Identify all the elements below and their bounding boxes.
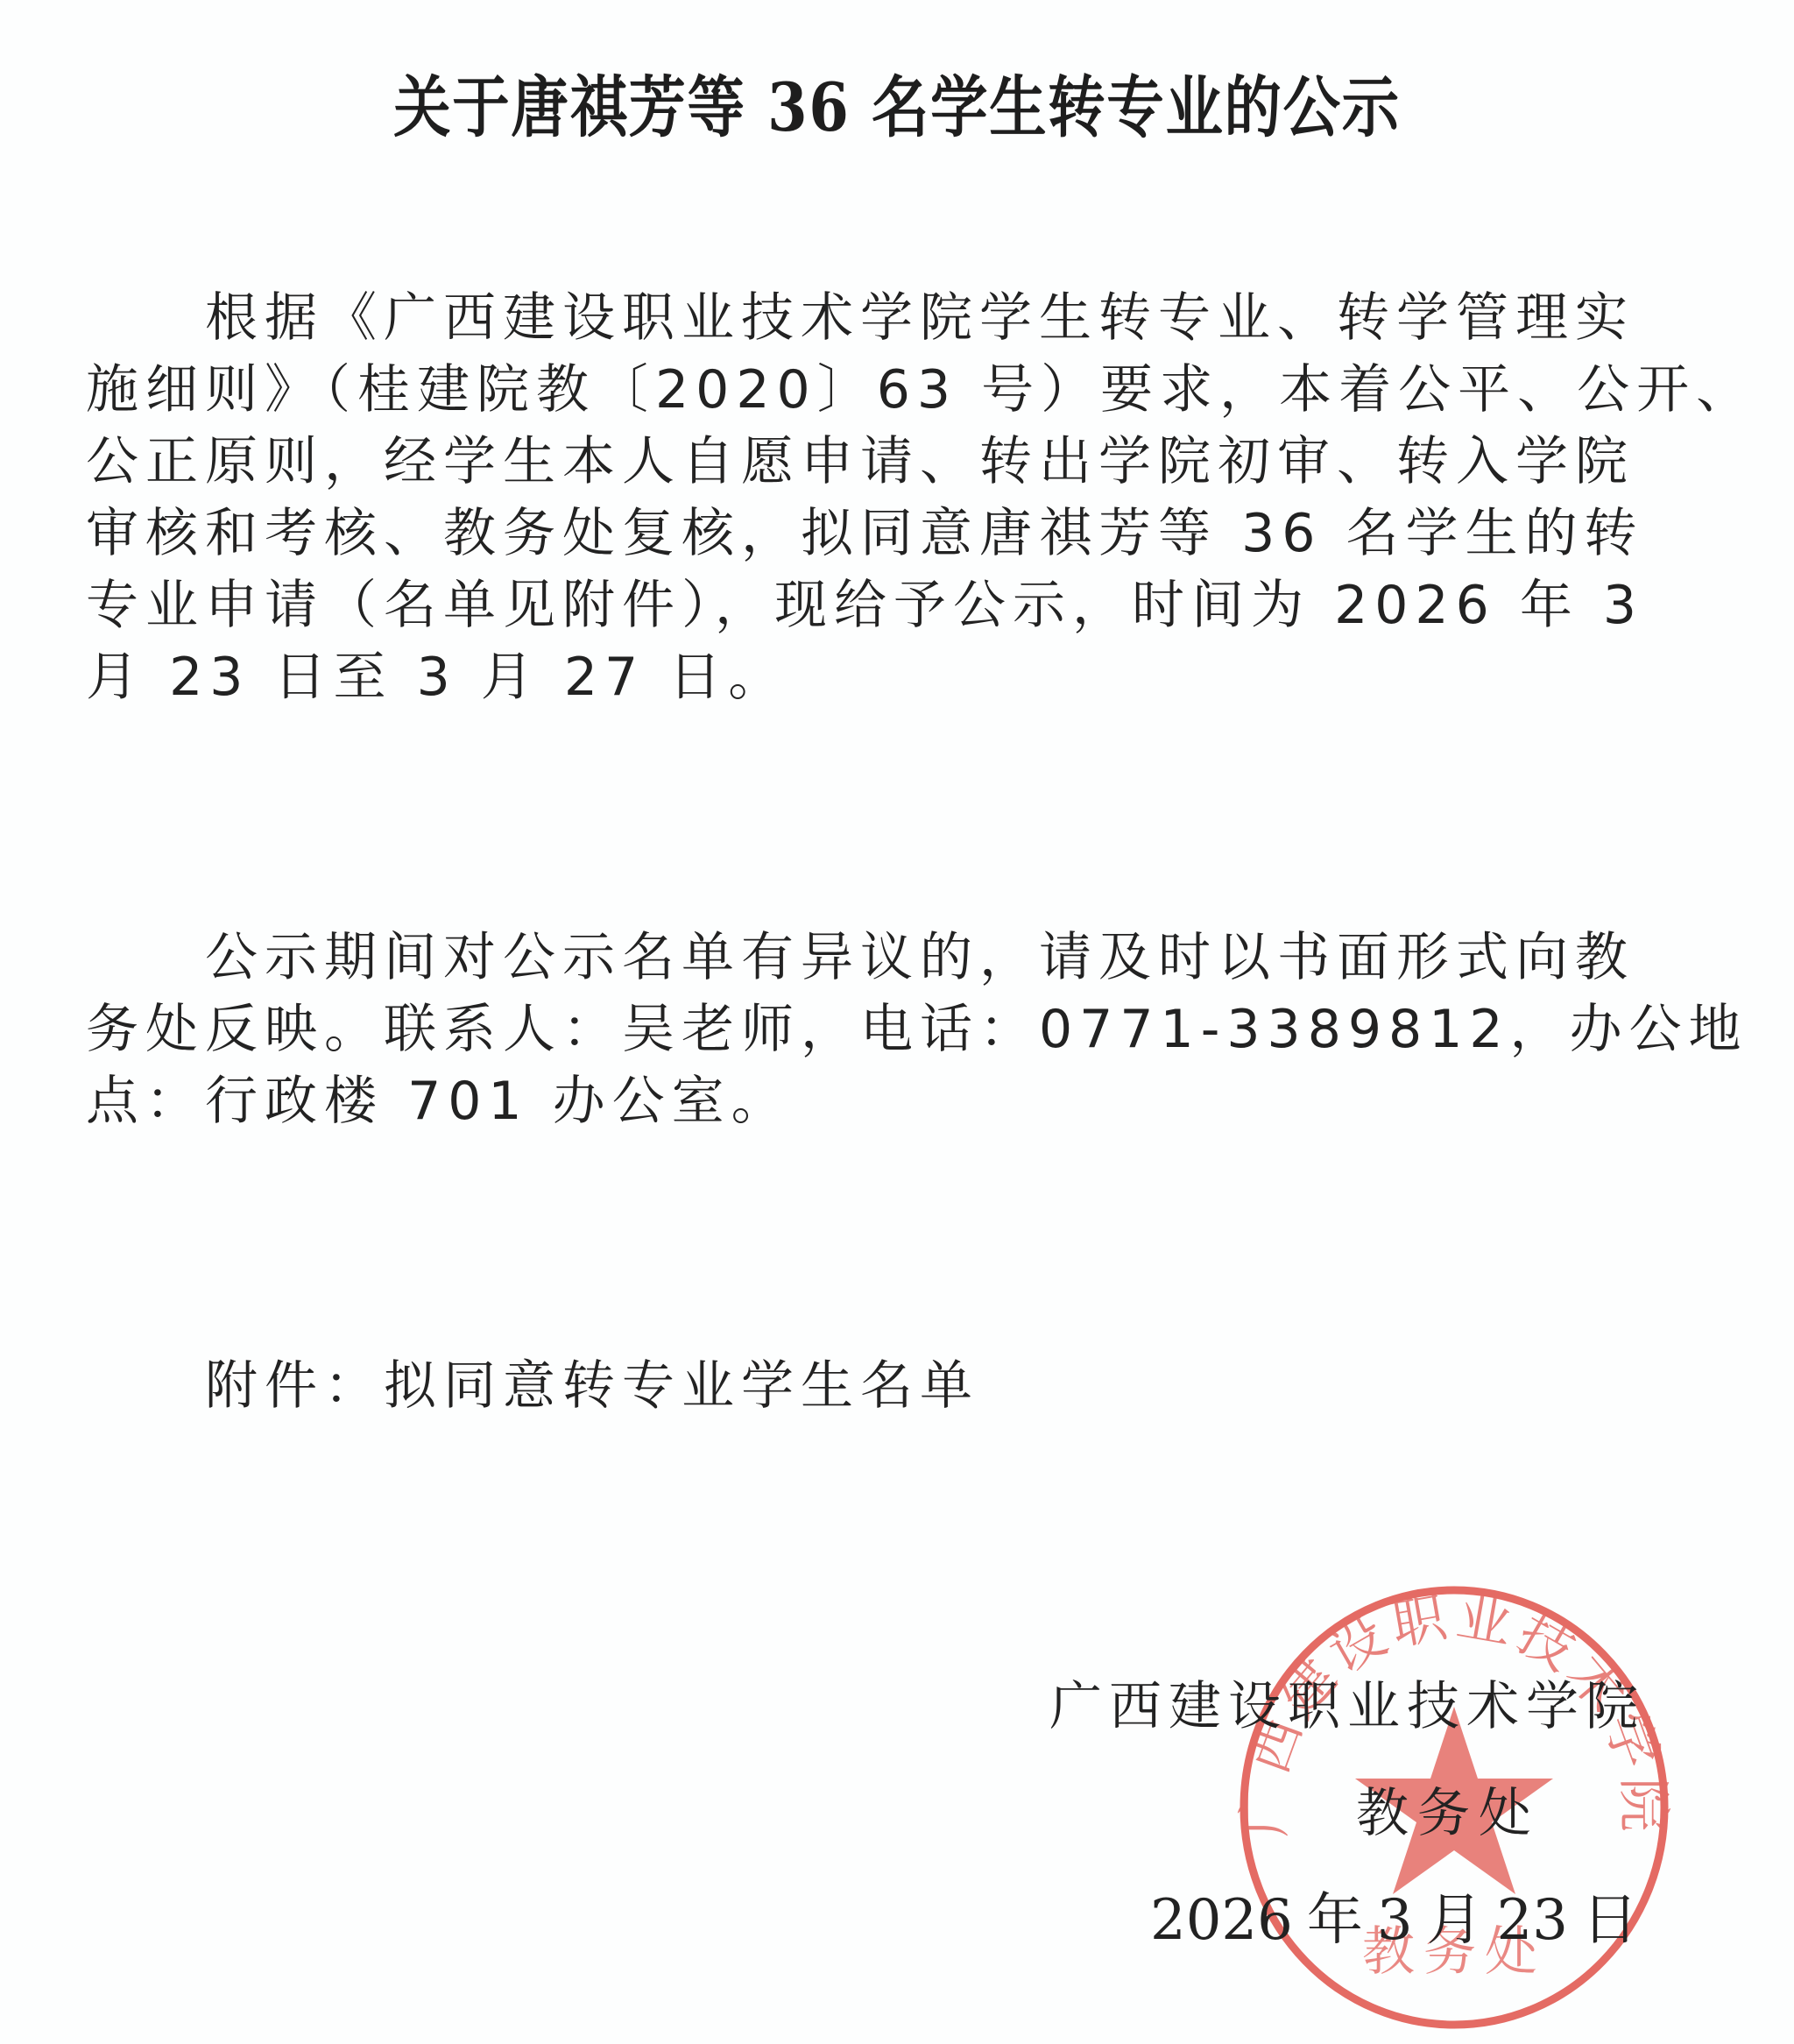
attachment-reference: 附件：拟同意转专业学生名单 <box>205 1344 979 1419</box>
paragraph-announcement: 根据《广西建设职业技术学院学生转专业、转学管理实 施细则》（桂建院教〔2020〕… <box>86 282 1663 713</box>
document-title: 关于唐祺芳等 36 名学生转专业的公示 <box>125 54 1668 150</box>
paragraph-line: 务处反映。联系人：吴老师，电话：0771-3389812，办公地 <box>86 994 1663 1065</box>
date-day: 23 <box>1497 1888 1568 1953</box>
date-day-unit: 日 <box>1582 1888 1638 1953</box>
date-month: 3 <box>1377 1888 1413 1953</box>
date-month-unit: 月 <box>1427 1888 1483 1953</box>
paragraph-line: 专业申请（名单见附件），现给予公示，时间为 2026 年 3 <box>86 569 1663 641</box>
paragraph-line: 点：行政楼 701 办公室。 <box>86 1065 1663 1137</box>
paragraph-line: 月 23 日至 3 月 27 日。 <box>86 641 1663 713</box>
paragraph-line: 施细则》（桂建院教〔2020〕63 号）要求，本着公平、公开、 <box>86 354 1663 426</box>
signature-date: 2026年3月23日 <box>1143 1875 1645 1956</box>
paragraph-objection-contact: 公示期间对公示名单有异议的，请及时以书面形式向教 务处反映。联系人：吴老师，电话… <box>86 922 1663 1137</box>
signature-organization: 广西建设职业技术学院 <box>1049 1665 1645 1740</box>
date-year-unit: 年 <box>1307 1888 1363 1953</box>
signature-department: 教务处 <box>1356 1772 1540 1847</box>
document-page: 关于唐祺芳等 36 名学生转专业的公示 根据《广西建设职业技术学院学生转专业、转… <box>0 0 1794 2044</box>
paragraph-line: 公示期间对公示名单有异议的，请及时以书面形式向教 <box>86 922 1663 994</box>
paragraph-line: 公正原则，经学生本人自愿申请、转出学院初审、转入学院 <box>86 426 1663 498</box>
date-year: 2026 <box>1150 1888 1293 1953</box>
paragraph-line: 审核和考核、教务处复核，拟同意唐祺芳等 36 名学生的转 <box>86 498 1663 569</box>
paragraph-line: 根据《广西建设职业技术学院学生转专业、转学管理实 <box>86 282 1663 354</box>
